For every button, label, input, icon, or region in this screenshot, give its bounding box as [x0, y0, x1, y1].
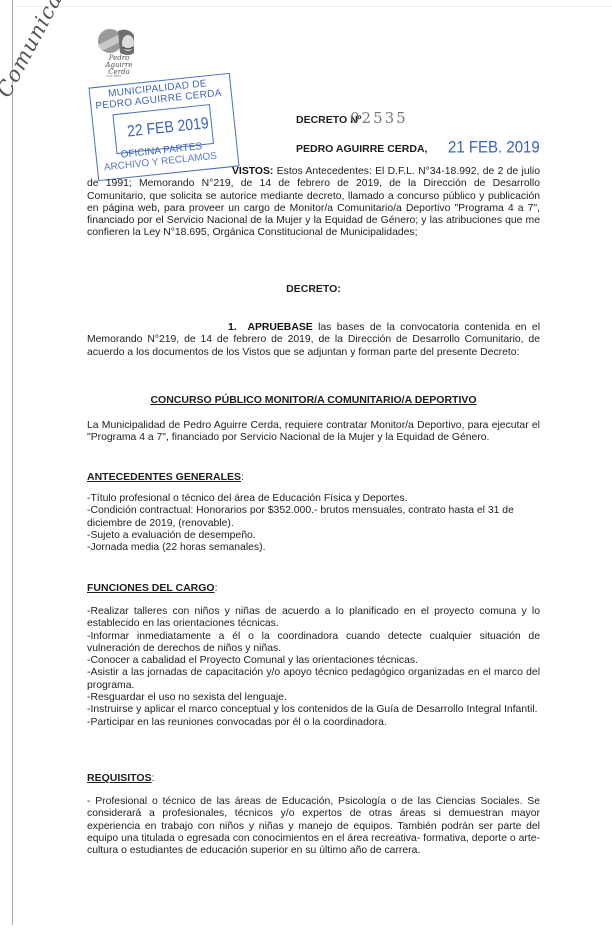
funciones-item: -Participar en las reuniones convocadas …	[87, 717, 540, 729]
place-date-stamp: 21 FEB. 2019	[448, 138, 540, 157]
funciones-heading: FUNCIONES DEL CARGO:	[87, 582, 218, 594]
concurso-title: CONCURSO PÚBLICO MONITOR/A COMUNITARIO/A…	[87, 394, 540, 406]
article-1-text: las bases de la convocatoria contenida e…	[87, 322, 540, 358]
funciones-item: -Instruirse y aplicar el marco conceptua…	[87, 704, 540, 716]
funciones-heading-text: FUNCIONES DEL CARGO	[87, 582, 215, 594]
scan-top-edge	[14, 6, 612, 7]
antecedentes-heading-text: ANTECEDENTES GENERALES	[87, 471, 241, 483]
place-label: PEDRO AGUIRRE CERDA,	[296, 143, 427, 155]
funciones-list: -Realizar talleres con niños y niñas de …	[87, 606, 540, 729]
article-1-label: APRUEBASE	[247, 322, 312, 333]
antecedentes-item: -Sujeto a evaluación de desempeño.	[87, 530, 540, 542]
funciones-item: -Conocer a cabalidad el Proyecto Comunal…	[87, 655, 540, 667]
scan-left-edge	[12, 0, 13, 925]
municipality-logo: Pedro Aguirre Cerda Vive bien!	[88, 27, 144, 83]
funciones-item: -Resguardar el uso no sexista del lengua…	[87, 692, 540, 704]
antecedentes-heading: ANTECEDENTES GENERALES:	[87, 471, 244, 483]
antecedentes-item: -Condición contractual: Honorarios por $…	[87, 505, 540, 530]
requisitos-heading-text: REQUISITOS	[87, 772, 152, 784]
vistos-paragraph: VISTOS: Estos Antecedentes: El D.F.L. N°…	[87, 166, 540, 240]
logo-tagline: Vive bien!	[106, 74, 121, 78]
funciones-item: -Asistir a las jornadas de capacitación …	[87, 667, 540, 692]
stamp-date: 22 FEB 2019	[126, 113, 209, 140]
funciones-item: -Informar inmediatamente a él o la coord…	[87, 631, 540, 656]
concurso-intro: La Municipalidad de Pedro Aguirre Cerda,…	[87, 420, 540, 445]
decreto-heading: DECRETO:	[87, 283, 540, 295]
funciones-item: -Realizar talleres con niños y niñas de …	[87, 606, 540, 631]
antecedentes-item: -Jornada media (22 horas semanales).	[87, 542, 540, 554]
vistos-label: VISTOS:	[232, 166, 273, 177]
vistos-text: Estos Antecedentes: El D.F.L. N°34-18.99…	[87, 166, 540, 238]
article-1-number: 1.	[228, 322, 237, 333]
article-1: 1. APRUEBASE las bases de la convocatori…	[87, 322, 540, 359]
antecedentes-list: -Título profesional o técnico del área d…	[87, 493, 540, 554]
decree-number: 02535	[350, 109, 408, 127]
requisitos-heading: REQUISITOS:	[87, 772, 155, 784]
requisitos-text: - Profesional o técnico de las áreas de …	[87, 796, 540, 857]
antecedentes-item: -Título profesional o técnico del área d…	[87, 493, 540, 505]
reception-stamp: MUNICIPALIDAD DE PEDRO AGUIRRE CERDA 22 …	[88, 73, 239, 181]
